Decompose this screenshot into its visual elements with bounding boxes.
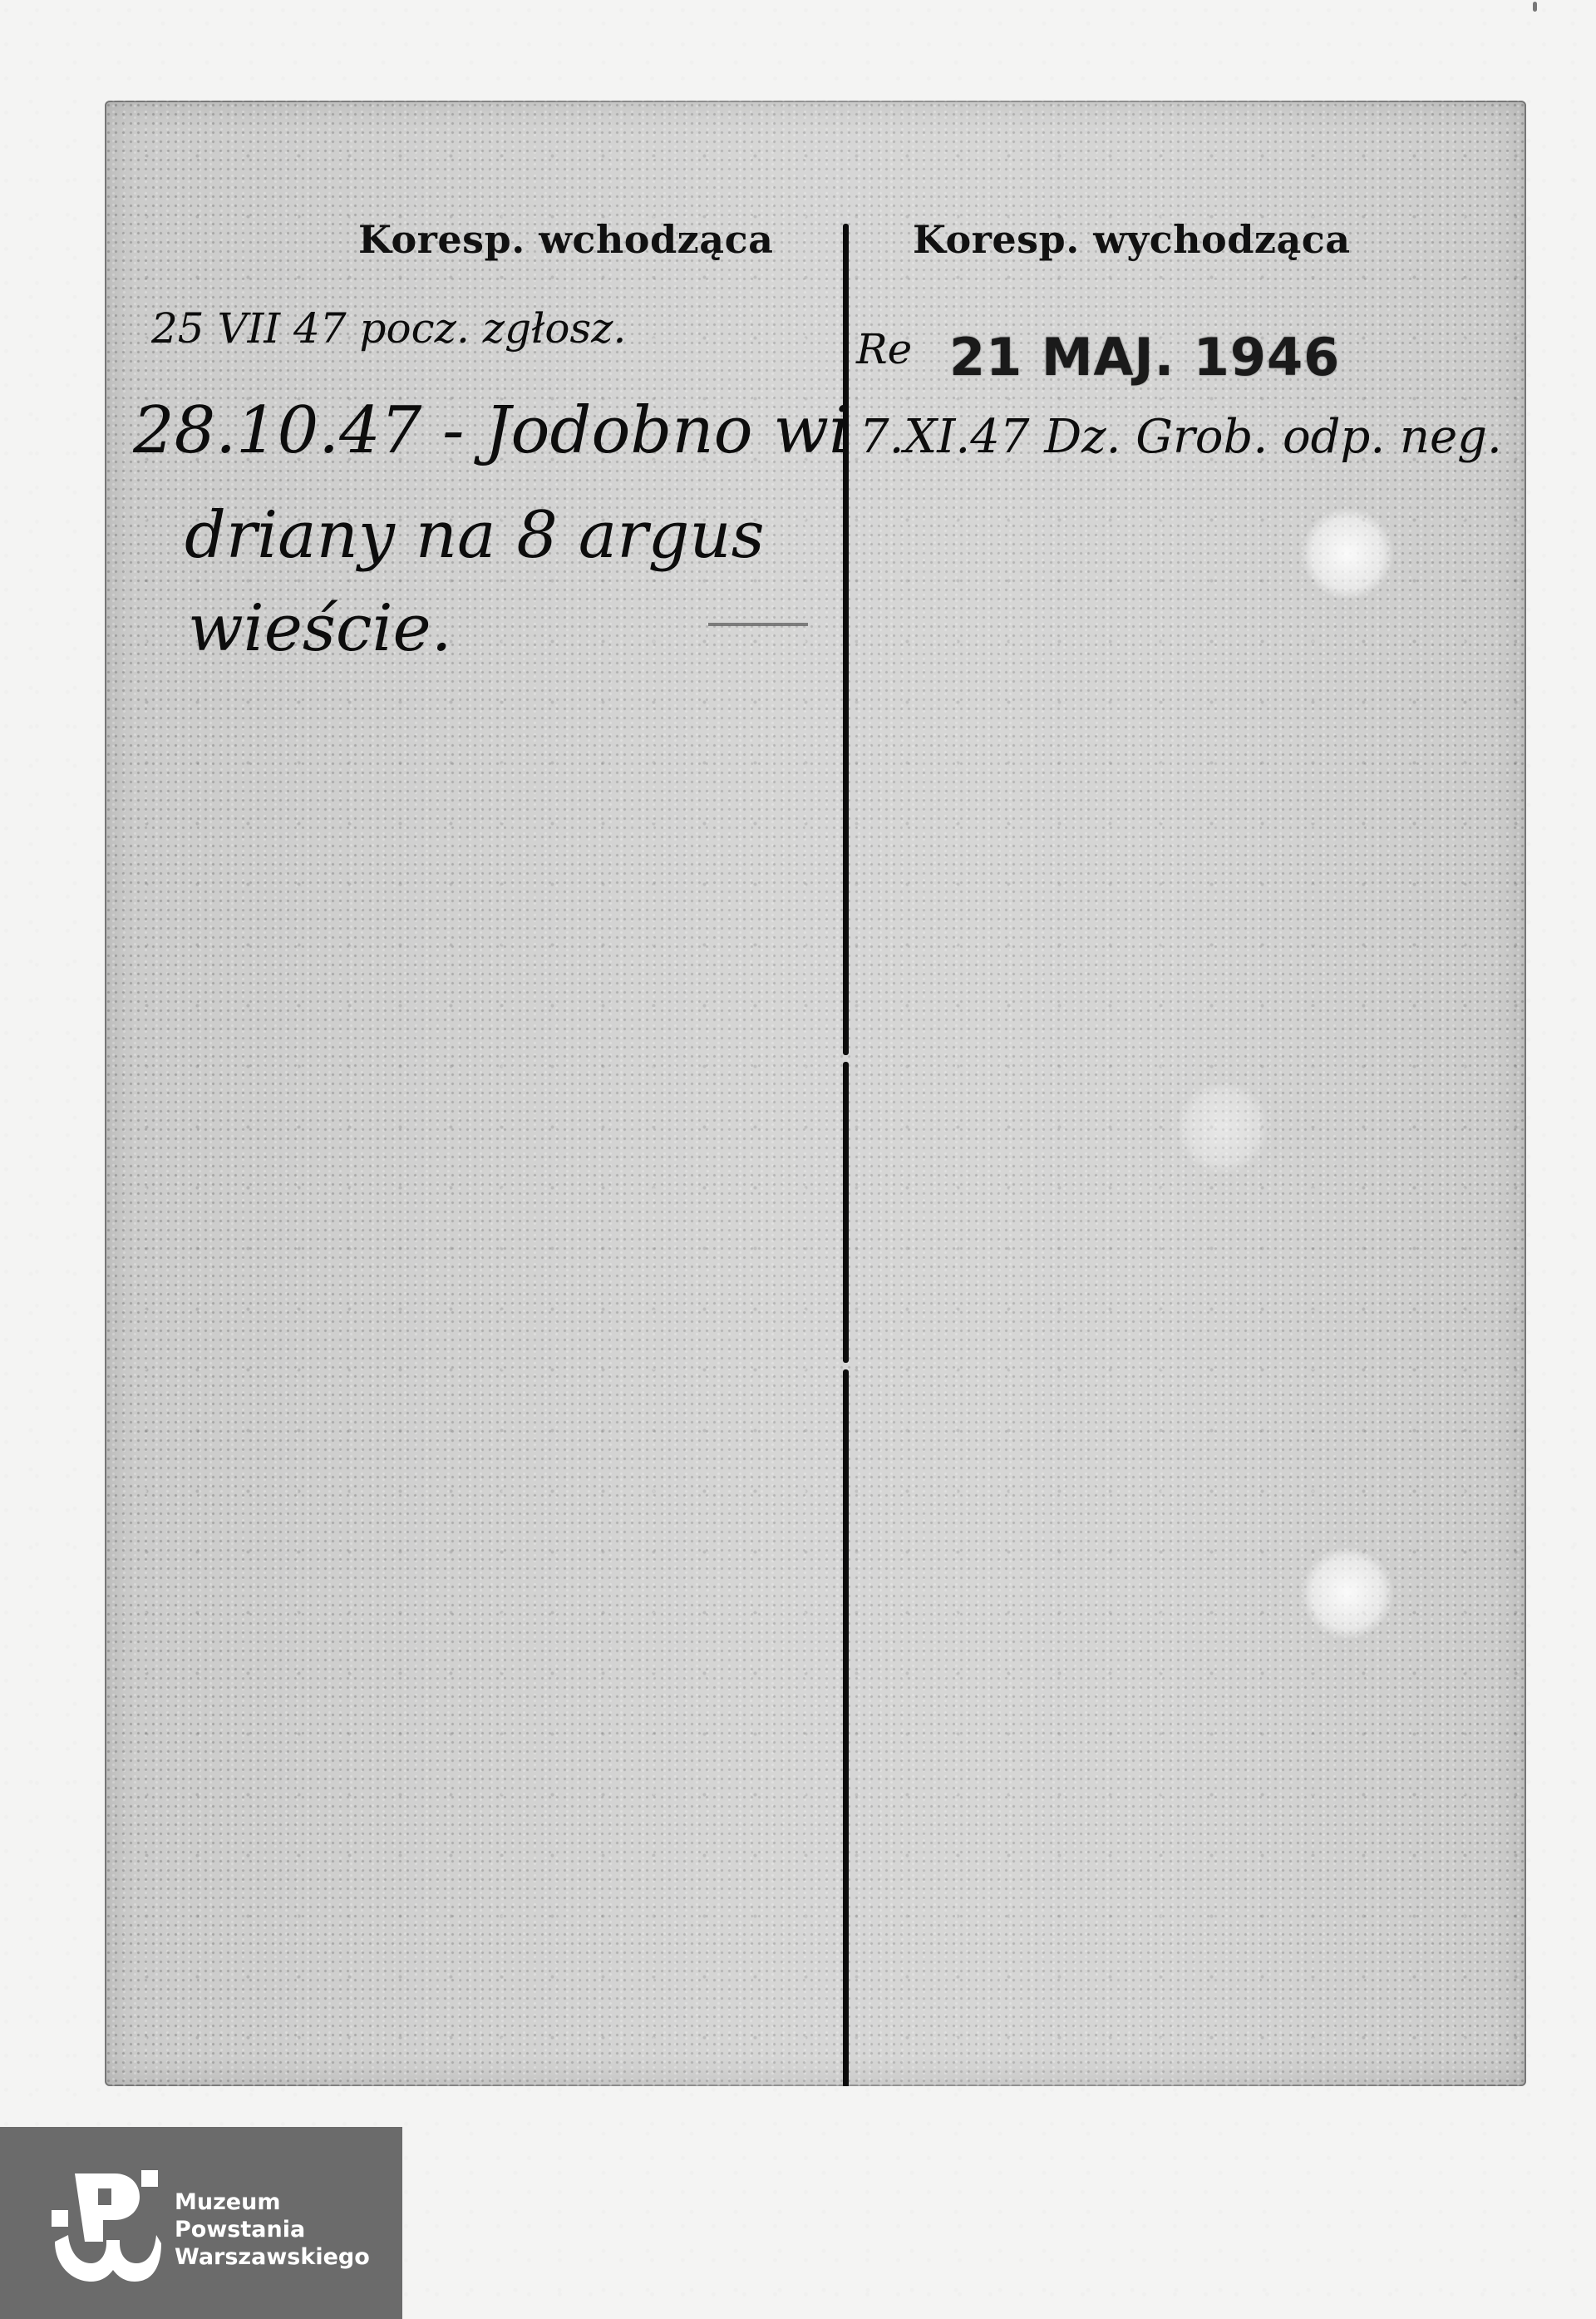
handwritten-annotation: Re — [856, 325, 912, 373]
dust-speck — [1533, 2, 1537, 12]
museum-name: Muzeum Powstania Warszawskiego — [175, 2188, 370, 2271]
incoming-correspondence-header: Koresp. wchodząca — [358, 217, 773, 262]
museum-name-line: Warszawskiego — [175, 2243, 370, 2271]
column-divider — [843, 1369, 849, 2086]
punch-hole-mark — [1302, 508, 1393, 599]
museum-name-line: Powstania — [175, 2216, 370, 2243]
handwritten-entry: driany na 8 argus — [185, 498, 765, 573]
record-card: Koresp. wchodząca Koresp. wychodząca 25 … — [105, 101, 1526, 2086]
date-stamp: 21 MAJ. 1946 — [949, 327, 1340, 387]
outgoing-correspondence-header: Koresp. wychodząca — [913, 217, 1351, 262]
museum-logo-badge: Muzeum Powstania Warszawskiego — [0, 2127, 402, 2319]
handwritten-entry: wieście. — [188, 591, 451, 666]
column-divider — [843, 224, 849, 1055]
punch-hole-mark — [1302, 1547, 1393, 1639]
museum-name-line: Muzeum — [175, 2188, 370, 2216]
handwritten-entry: 7.XI.47 Dz. Grob. odp. neg. — [860, 410, 1502, 464]
handwritten-entry: 28.10.47 - Jodobno wi — [133, 393, 850, 468]
handwritten-entry: 25 VII 47 pocz. zgłosz. — [151, 304, 626, 353]
column-divider — [843, 1062, 849, 1363]
pencil-mark — [708, 623, 808, 626]
faded-spot — [1177, 1082, 1268, 1173]
kotwica-anchor-icon — [52, 2170, 161, 2283]
